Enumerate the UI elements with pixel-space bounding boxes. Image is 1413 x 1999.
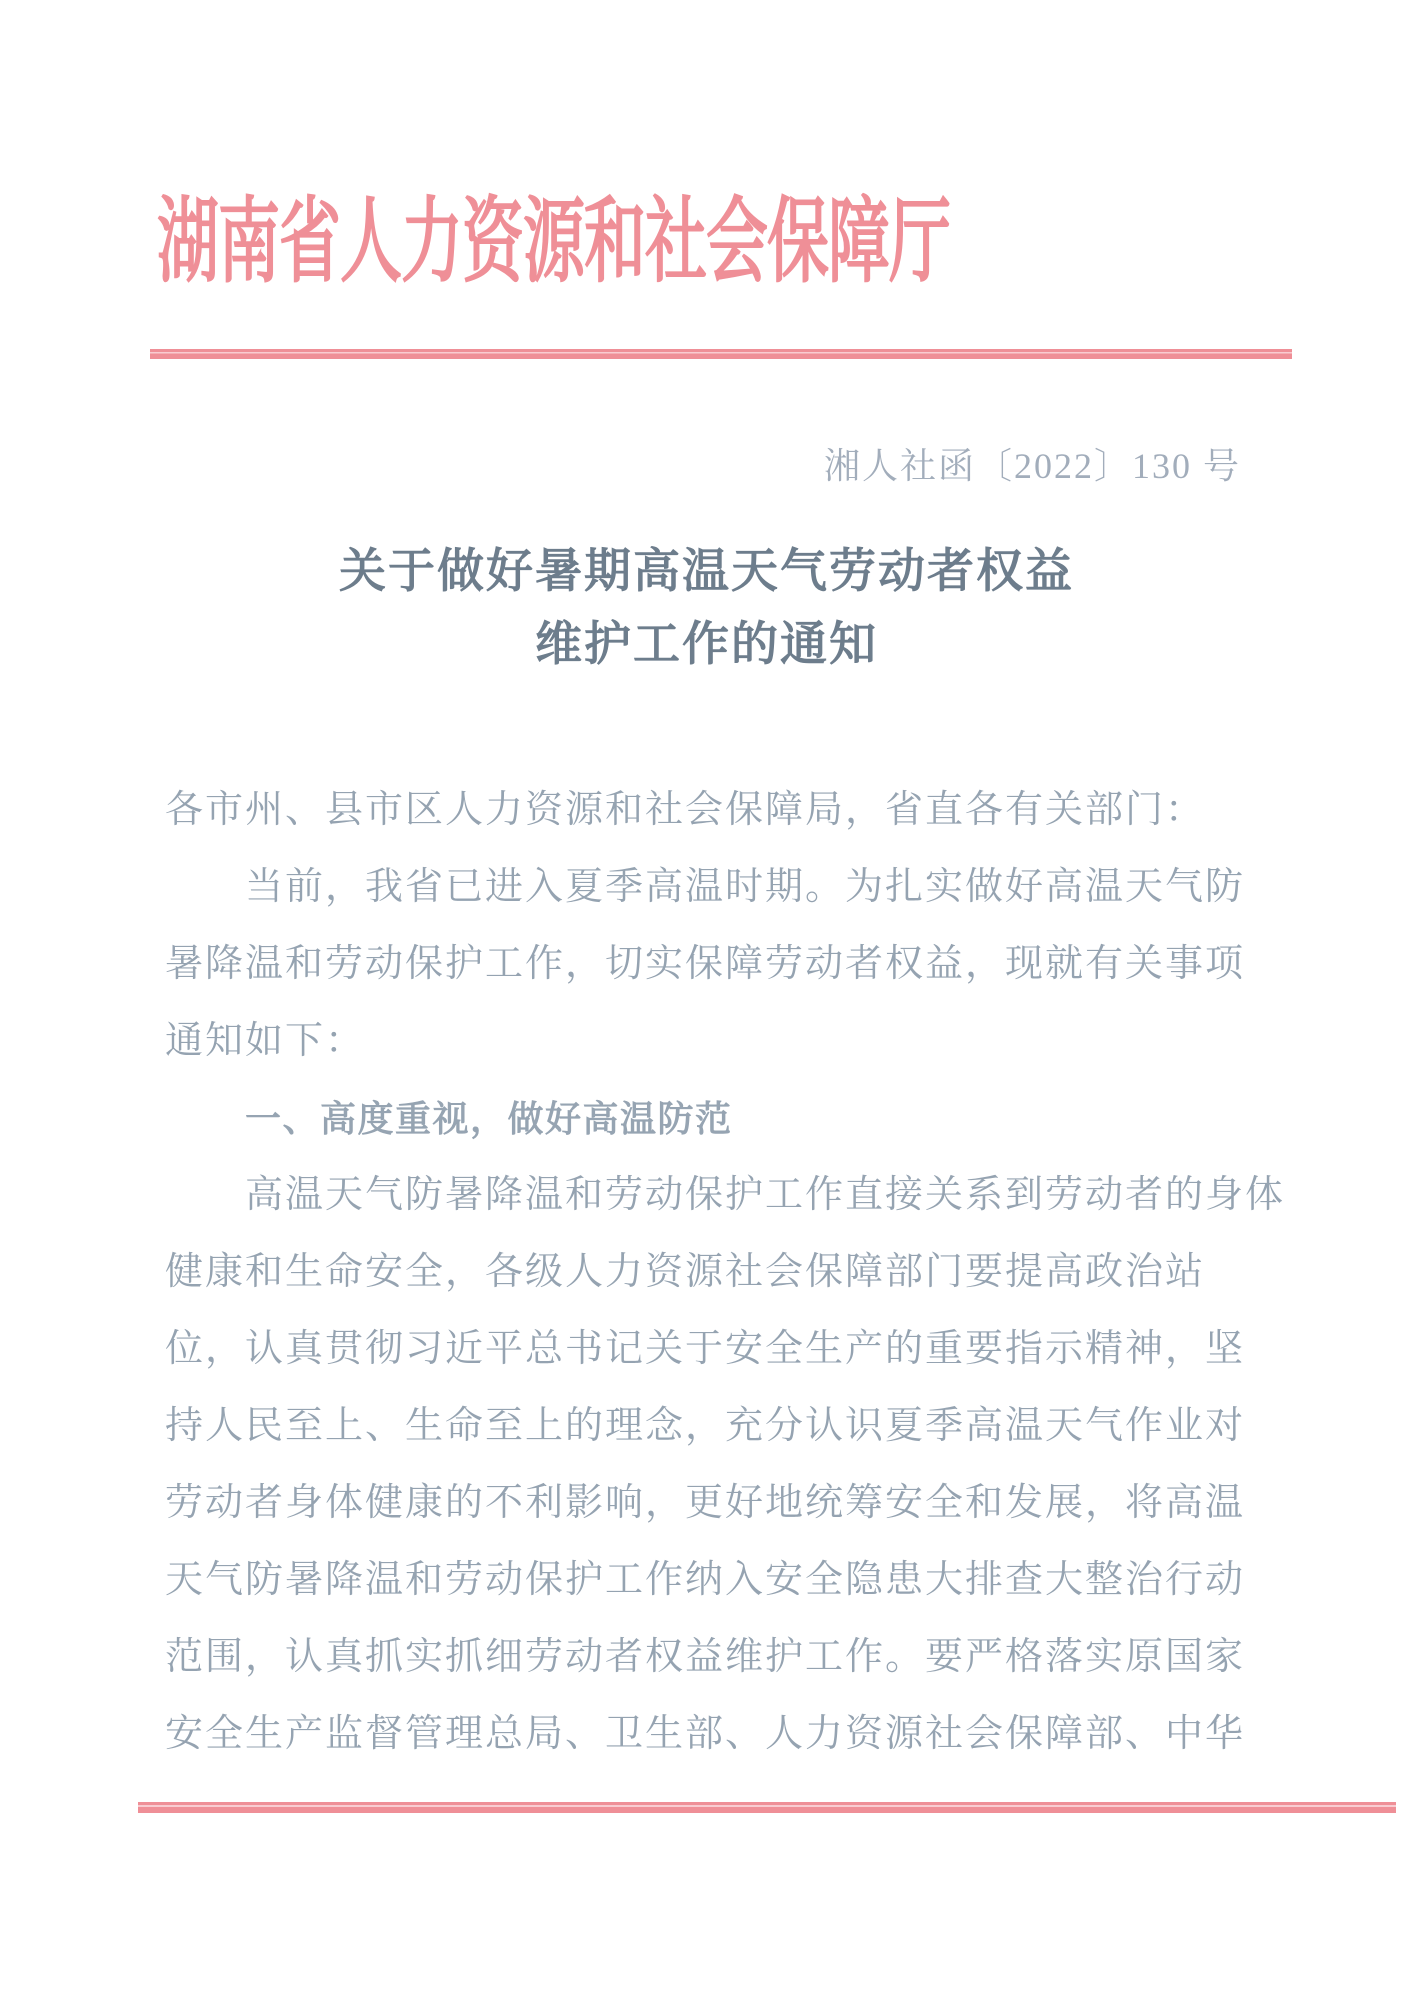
body-line: 持人民至上、生命至上的理念，充分认识夏季高温天气作业对 <box>165 1388 1255 1465</box>
intro-line: 暑降温和劳动保护工作，切实保障劳动者权益，现就有关事项 <box>165 926 1255 1003</box>
body-line: 安全生产监督管理总局、卫生部、人力资源社会保障部、中华 <box>165 1696 1255 1773</box>
body-line: 范围，认真抓实抓细劳动者权益维护工作。要严格落实原国家 <box>165 1619 1255 1696</box>
document-page: 湖南省人力资源和社会保障厅 湘人社函〔2022〕130 号 关于做好暑期高温天气… <box>0 0 1413 1999</box>
document-number: 湘人社函〔2022〕130 号 <box>824 442 1241 490</box>
header-divider-line <box>150 349 1292 359</box>
salutation-line: 各市州、县市区人力资源和社会保障局，省直各有关部门： <box>165 772 1255 849</box>
document-title: 关于做好暑期高温天气劳动者权益 维护工作的通知 <box>0 536 1413 682</box>
document-body: 各市州、县市区人力资源和社会保障局，省直各有关部门： 当前，我省已进入夏季高温时… <box>165 772 1255 1773</box>
document-title-line1: 关于做好暑期高温天气劳动者权益 <box>0 536 1413 609</box>
body-line: 高温天气防暑降温和劳动保护工作直接关系到劳动者的身体 <box>165 1157 1255 1234</box>
intro-line: 当前，我省已进入夏季高温时期。为扎实做好高温天气防 <box>165 849 1255 926</box>
intro-paragraph: 当前，我省已进入夏季高温时期。为扎实做好高温天气防暑降温和劳动保护工作，切实保障… <box>165 849 1255 1080</box>
body-line: 天气防暑降温和劳动保护工作纳入安全隐患大排查大整治行动 <box>165 1542 1255 1619</box>
body-line: 健康和生命安全，各级人力资源社会保障部门要提高政治站 <box>165 1234 1255 1311</box>
body-line: 劳动者身体健康的不利影响，更好地统筹安全和发展，将高温 <box>165 1465 1255 1542</box>
body-line: 位，认真贯彻习近平总书记关于安全生产的重要指示精神，坚 <box>165 1311 1255 1388</box>
section-heading: 一、高度重视，做好高温防范 <box>165 1080 1255 1157</box>
footer-divider-line <box>138 1802 1396 1813</box>
section-paragraph: 高温天气防暑降温和劳动保护工作直接关系到劳动者的身体健康和生命安全，各级人力资源… <box>165 1157 1255 1773</box>
intro-line: 通知如下： <box>165 1003 1255 1080</box>
document-title-line2: 维护工作的通知 <box>0 609 1413 682</box>
agency-letterhead-title: 湖南省人力资源和社会保障厅 <box>157 197 950 290</box>
